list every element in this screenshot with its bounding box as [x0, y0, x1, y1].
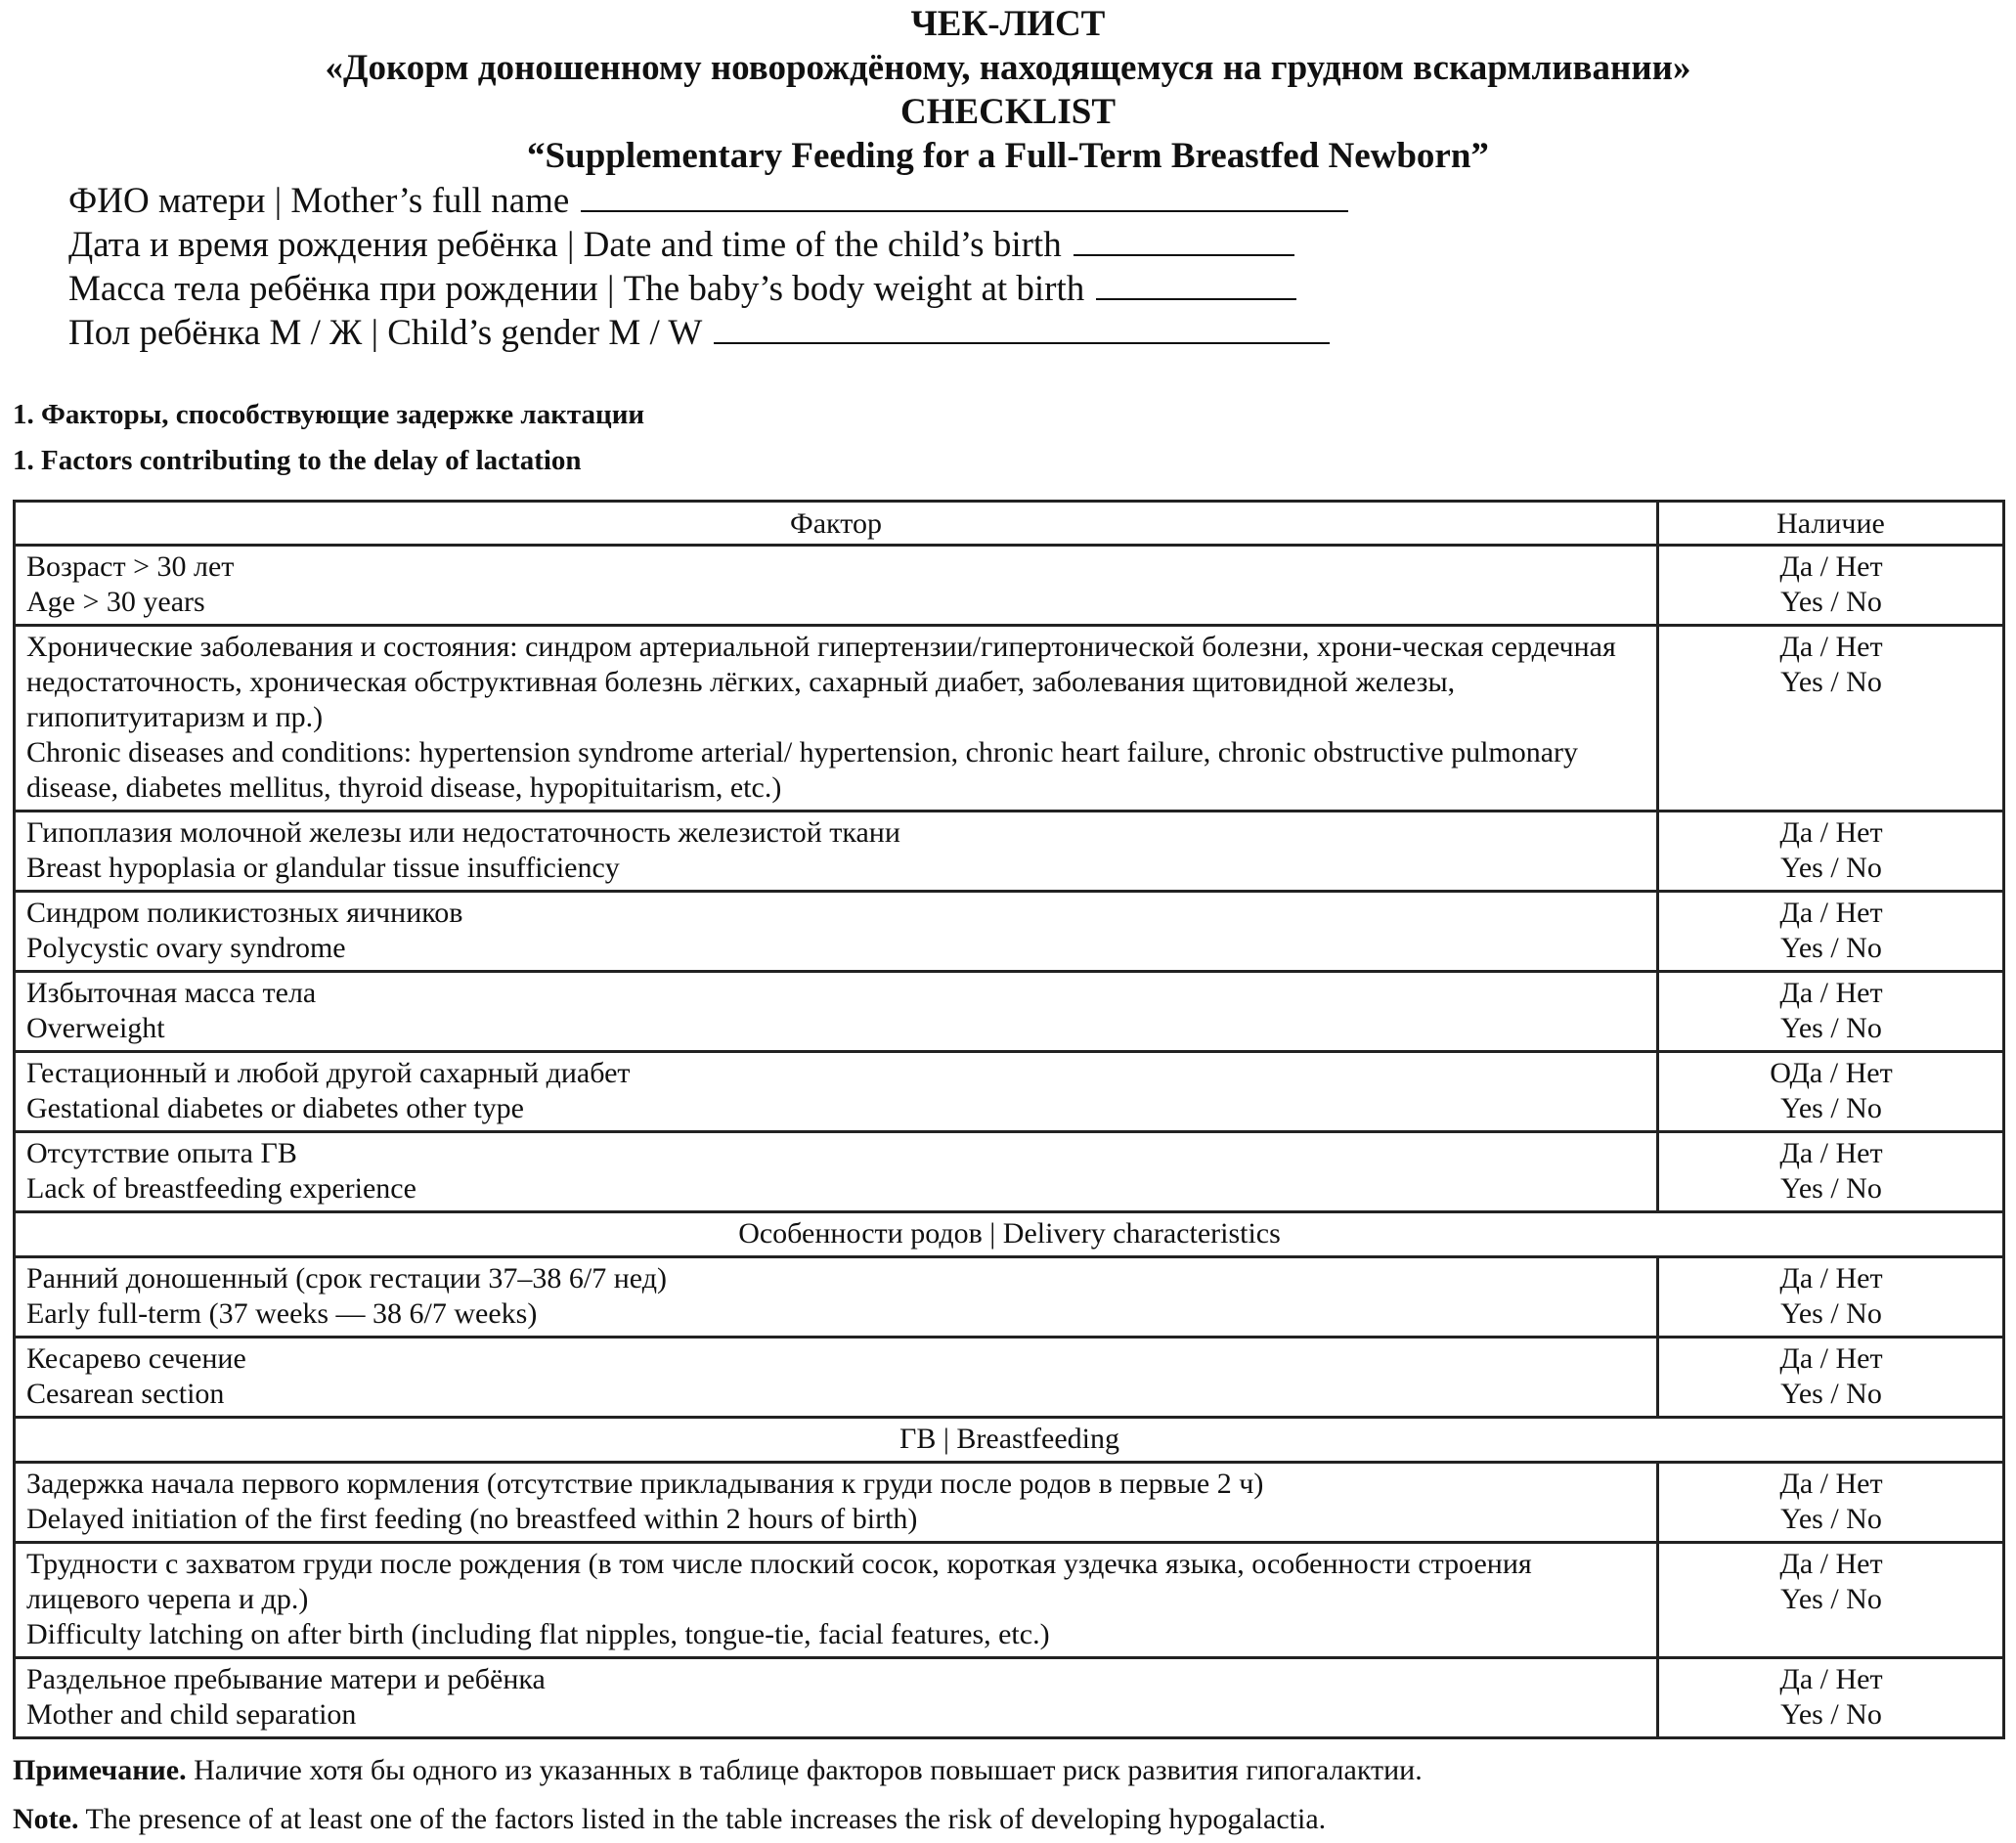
factor-en: Gestational diabetes or diabetes other t…	[26, 1091, 1646, 1126]
table-row: Ранний доношенный (срок гестации 37–38 6…	[15, 1257, 2004, 1338]
table-group-row: ГВ | Breastfeeding	[15, 1418, 2004, 1463]
patient-info-form: ФИО матери | Mother’s full name Дата и в…	[68, 179, 1348, 355]
section-heading-en: 1. Factors contributing to the delay of …	[13, 445, 582, 477]
availability-option-ru[interactable]: Да / Нет	[1670, 815, 1993, 851]
factor-cell: Хронические заболевания и состояния: син…	[15, 626, 1658, 812]
factor-ru: Отсутствие опыта ГВ	[26, 1136, 1646, 1171]
availability-option-en[interactable]: Yes / No	[1670, 931, 1993, 966]
factor-en: Age > 30 years	[26, 585, 1646, 620]
availability-option-en[interactable]: Yes / No	[1670, 1171, 1993, 1207]
factor-cell: Синдром поликистозных яичниковPolycystic…	[15, 892, 1658, 972]
title-ru: ЧЕК-ЛИСТ	[0, 2, 2016, 46]
gender-label: Пол ребёнка М / Ж | Child’s gender M / W	[68, 311, 702, 355]
availability-cell[interactable]: Да / НетYes / No	[1658, 892, 2004, 972]
table-header-row: Фактор Наличие	[15, 502, 2004, 546]
availability-option-ru[interactable]: ОДа / Нет	[1670, 1056, 1993, 1091]
availability-cell[interactable]: Да / НетYes / No	[1658, 1132, 2004, 1212]
factor-en: Early full-term (37 weeks — 38 6/7 weeks…	[26, 1296, 1646, 1332]
availability-option-ru[interactable]: Да / Нет	[1670, 1547, 1993, 1582]
factor-ru: Трудности с захватом груди после рождени…	[26, 1547, 1646, 1617]
availability-option-ru[interactable]: Да / Нет	[1670, 896, 1993, 931]
birth-weight-row: Масса тела ребёнка при рождении | The ba…	[68, 267, 1348, 311]
mother-name-row: ФИО матери | Mother’s full name	[68, 179, 1348, 223]
availability-cell[interactable]: Да / НетYes / No	[1658, 1257, 2004, 1338]
factor-cell: Задержка начала первого кормления (отсут…	[15, 1463, 1658, 1543]
availability-option-ru[interactable]: Да / Нет	[1670, 1136, 1993, 1171]
factor-cell: Отсутствие опыта ГВLack of breastfeeding…	[15, 1132, 1658, 1212]
document-header: ЧЕК-ЛИСТ «Докорм доношенному новорождёно…	[0, 2, 2016, 178]
factor-en: Overweight	[26, 1011, 1646, 1046]
gender-field[interactable]	[714, 313, 1330, 344]
column-header-availability: Наличие	[1658, 502, 2004, 546]
availability-option-ru[interactable]: Да / Нет	[1670, 1341, 1993, 1377]
subtitle-ru: «Докорм доношенному новорождёному, наход…	[0, 46, 2016, 90]
availability-option-ru[interactable]: Да / Нет	[1670, 1662, 1993, 1697]
note-en-label: Note.	[13, 1803, 78, 1835]
factor-cell: Гипоплазия молочной железы или недостато…	[15, 812, 1658, 892]
factor-ru: Гипоплазия молочной железы или недостато…	[26, 815, 1646, 851]
birth-weight-label: Масса тела ребёнка при рождении | The ba…	[68, 267, 1084, 311]
factors-table-body: Возраст > 30 летAge > 30 yearsДа / НетYe…	[15, 546, 2004, 1738]
table-row: Трудности с захватом груди после рождени…	[15, 1543, 2004, 1658]
factor-ru: Кесарево сечение	[26, 1341, 1646, 1377]
factor-cell: Кесарево сечениеCesarean section	[15, 1338, 1658, 1418]
factor-cell: Раздельное пребывание матери и ребёнкаMo…	[15, 1658, 1658, 1738]
table-row: Избыточная масса телаOverweightДа / НетY…	[15, 972, 2004, 1052]
table-row: Кесарево сечениеCesarean sectionДа / Нет…	[15, 1338, 2004, 1418]
note-en: Note. The presence of at least one of th…	[13, 1802, 1326, 1837]
subtitle-en: “Supplementary Feeding for a Full-Term B…	[0, 134, 2016, 178]
factor-en: Lack of breastfeeding experience	[26, 1171, 1646, 1207]
availability-option-en[interactable]: Yes / No	[1670, 1011, 1993, 1046]
table-row: Синдром поликистозных яичниковPolycystic…	[15, 892, 2004, 972]
availability-cell[interactable]: Да / НетYes / No	[1658, 812, 2004, 892]
factor-ru: Синдром поликистозных яичников	[26, 896, 1646, 931]
birth-datetime-row: Дата и время рождения ребёнка | Date and…	[68, 223, 1348, 267]
availability-option-en[interactable]: Yes / No	[1670, 1582, 1993, 1617]
factor-en: Delayed initiation of the first feeding …	[26, 1502, 1646, 1537]
factor-ru: Хронические заболевания и состояния: син…	[26, 630, 1646, 735]
factor-ru: Гестационный и любой другой сахарный диа…	[26, 1056, 1646, 1091]
birth-datetime-label: Дата и время рождения ребёнка | Date and…	[68, 223, 1062, 267]
table-row: Хронические заболевания и состояния: син…	[15, 626, 2004, 812]
availability-cell[interactable]: Да / НетYes / No	[1658, 546, 2004, 626]
availability-option-ru[interactable]: Да / Нет	[1670, 549, 1993, 585]
factor-ru: Раздельное пребывание матери и ребёнка	[26, 1662, 1646, 1697]
table-row: Раздельное пребывание матери и ребёнкаMo…	[15, 1658, 2004, 1738]
factor-en: Difficulty latching on after birth (incl…	[26, 1617, 1646, 1652]
factor-en: Chronic diseases and conditions: hyperte…	[26, 735, 1646, 806]
group-label: Особенности родов | Delivery characteris…	[15, 1212, 2004, 1257]
note-en-text: The presence of at least one of the fact…	[78, 1803, 1326, 1835]
availability-option-en[interactable]: Yes / No	[1670, 851, 1993, 886]
mother-name-label: ФИО матери | Mother’s full name	[68, 179, 569, 223]
availability-option-ru[interactable]: Да / Нет	[1670, 630, 1993, 665]
availability-option-ru[interactable]: Да / Нет	[1670, 1467, 1993, 1502]
table-group-row: Особенности родов | Delivery characteris…	[15, 1212, 2004, 1257]
factor-en: Breast hypoplasia or glandular tissue in…	[26, 851, 1646, 886]
factor-ru: Избыточная масса тела	[26, 976, 1646, 1011]
availability-option-en[interactable]: Yes / No	[1670, 1377, 1993, 1412]
table-row: Возраст > 30 летAge > 30 yearsДа / НетYe…	[15, 546, 2004, 626]
availability-cell[interactable]: Да / НетYes / No	[1658, 1463, 2004, 1543]
factor-ru: Задержка начала первого кормления (отсут…	[26, 1467, 1646, 1502]
availability-cell[interactable]: Да / НетYes / No	[1658, 626, 2004, 812]
factors-table: Фактор Наличие Возраст > 30 летAge > 30 …	[13, 500, 2005, 1739]
table-row: Гипоплазия молочной железы или недостато…	[15, 812, 2004, 892]
factor-cell: Избыточная масса телаOverweight	[15, 972, 1658, 1052]
availability-option-en[interactable]: Yes / No	[1670, 1296, 1993, 1332]
availability-option-en[interactable]: Yes / No	[1670, 585, 1993, 620]
availability-option-en[interactable]: Yes / No	[1670, 665, 1993, 700]
gender-row: Пол ребёнка М / Ж | Child’s gender M / W	[68, 311, 1348, 355]
availability-option-ru[interactable]: Да / Нет	[1670, 1261, 1993, 1296]
factor-ru: Ранний доношенный (срок гестации 37–38 6…	[26, 1261, 1646, 1296]
factor-cell: Возраст > 30 летAge > 30 years	[15, 546, 1658, 626]
availability-cell[interactable]: ОДа / НетYes / No	[1658, 1052, 2004, 1132]
factor-en: Polycystic ovary syndrome	[26, 931, 1646, 966]
availability-option-en[interactable]: Yes / No	[1670, 1502, 1993, 1537]
group-label: ГВ | Breastfeeding	[15, 1418, 2004, 1463]
table-row: Отсутствие опыта ГВLack of breastfeeding…	[15, 1132, 2004, 1212]
birth-datetime-field[interactable]	[1074, 225, 1294, 256]
note-ru-label: Примечание.	[13, 1754, 187, 1786]
factor-ru: Возраст > 30 лет	[26, 549, 1646, 585]
factor-cell: Гестационный и любой другой сахарный диа…	[15, 1052, 1658, 1132]
factor-en: Mother and child separation	[26, 1697, 1646, 1733]
title-en: CHECKLIST	[0, 90, 2016, 134]
availability-option-en[interactable]: Yes / No	[1670, 1697, 1993, 1733]
factor-cell: Трудности с захватом груди после рождени…	[15, 1543, 1658, 1658]
mother-name-field[interactable]	[581, 181, 1348, 212]
column-header-factor: Фактор	[15, 502, 1658, 546]
table-row: Задержка начала первого кормления (отсут…	[15, 1463, 2004, 1543]
availability-cell[interactable]: Да / НетYes / No	[1658, 1338, 2004, 1418]
availability-option-en[interactable]: Yes / No	[1670, 1091, 1993, 1126]
factor-en: Cesarean section	[26, 1377, 1646, 1412]
table-row: Гестационный и любой другой сахарный диа…	[15, 1052, 2004, 1132]
note-ru: Примечание. Наличие хотя бы одного из ук…	[13, 1753, 1423, 1788]
availability-cell[interactable]: Да / НетYes / No	[1658, 972, 2004, 1052]
section-heading-ru: 1. Факторы, способствующие задержке лакт…	[13, 399, 644, 431]
availability-cell[interactable]: Да / НетYes / No	[1658, 1658, 2004, 1738]
availability-cell[interactable]: Да / НетYes / No	[1658, 1543, 2004, 1658]
factor-cell: Ранний доношенный (срок гестации 37–38 6…	[15, 1257, 1658, 1338]
availability-option-ru[interactable]: Да / Нет	[1670, 976, 1993, 1011]
note-ru-text: Наличие хотя бы одного из указанных в та…	[187, 1754, 1423, 1786]
birth-weight-field[interactable]	[1096, 269, 1296, 300]
